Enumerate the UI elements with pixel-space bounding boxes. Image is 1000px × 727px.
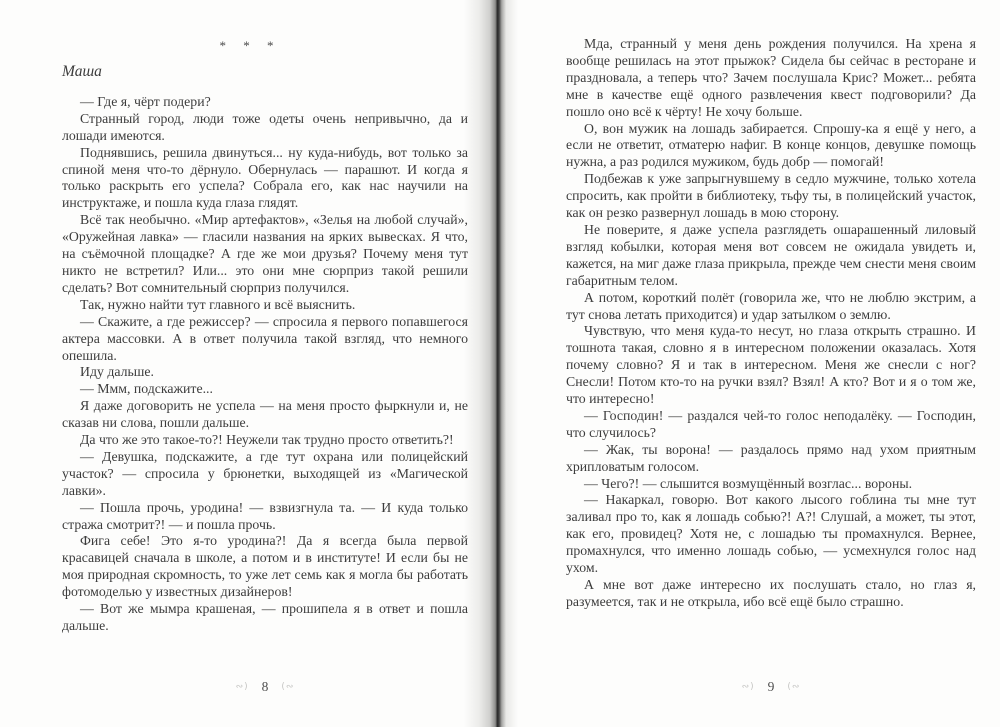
paragraph: — Пошла прочь, уродина! — взвизгнула та.…: [62, 500, 468, 534]
paragraph: Чувствую, что меня куда-то несут, но гла…: [566, 323, 976, 408]
paragraph: — Накаркал, говорю. Вот какого лысого го…: [566, 492, 976, 577]
chapter-pov-heading: Маша: [62, 64, 468, 81]
footer-ornament-left-icon: ∾): [742, 682, 755, 692]
paragraph: А потом, короткий полёт (говорила же, чт…: [566, 290, 976, 324]
paragraph: Мда, странный у меня день рождения получ…: [566, 36, 976, 121]
footer-ornament-right-icon: (∾: [281, 682, 294, 692]
paragraph: Всё так необычно. «Мир артефактов», «Зел…: [62, 212, 468, 297]
paragraph: — Скажите, а где режиссер? — спросила я …: [62, 314, 468, 365]
section-break: * * *: [62, 38, 438, 55]
left-page: * * * Маша — Где я, чёрт подери?Странный…: [62, 38, 468, 635]
paragraph: Фига себе! Это я-то уродина?! Да я всегд…: [62, 533, 468, 601]
paragraph: Странный город, люди тоже одеты очень не…: [62, 111, 468, 145]
paragraph: — Ммм, подскажите...: [62, 381, 468, 398]
book-spread: * * * Маша — Где я, чёрт подери?Странный…: [0, 0, 1000, 727]
footer-ornament-right-icon: (∾: [787, 682, 800, 692]
paragraph: Да что же это такое-то?! Неужели так тру…: [62, 432, 468, 449]
left-page-number: 8: [262, 679, 269, 695]
paragraph: — Жак, ты ворона! — раздалось прямо над …: [566, 442, 976, 476]
paragraph: Так, нужно найти тут главного и всё выяс…: [62, 297, 468, 314]
paragraph: А мне вот даже интересно их послушать ст…: [566, 577, 976, 611]
paragraph: Подбежав к уже запрыгнувшему в седло муж…: [566, 171, 976, 222]
right-page-footer: ∾) 9 (∾: [566, 678, 976, 696]
right-page-number: 9: [768, 679, 775, 695]
paragraph: О, вон мужик на лошадь забирается. Спрош…: [566, 121, 976, 172]
paragraph: — Вот же мымра крашеная, — прошипела я в…: [62, 601, 468, 635]
paragraph: Не поверите, я даже успела разглядеть ош…: [566, 222, 976, 290]
book-spine-shadow: [464, 0, 518, 727]
paragraph: — Чего?! — слышится возмущённый возглас.…: [566, 476, 976, 493]
right-page: Мда, странный у меня день рождения получ…: [566, 36, 976, 611]
paragraph: — Господин! — раздался чей-то голос непо…: [566, 408, 976, 442]
right-page-text: Мда, странный у меня день рождения получ…: [566, 36, 976, 611]
left-page-text: — Где я, чёрт подери?Странный город, люд…: [62, 94, 468, 635]
paragraph: Я даже договорить не успела — на меня пр…: [62, 398, 468, 432]
paragraph: — Девушка, подскажите, а где тут охрана …: [62, 449, 468, 500]
left-page-footer: ∾) 8 (∾: [62, 678, 468, 696]
paragraph: Иду дальше.: [62, 364, 468, 381]
paragraph: Поднявшись, решила двинуться... ну куда-…: [62, 145, 468, 213]
footer-ornament-left-icon: ∾): [236, 682, 249, 692]
paragraph: — Где я, чёрт подери?: [62, 94, 468, 111]
